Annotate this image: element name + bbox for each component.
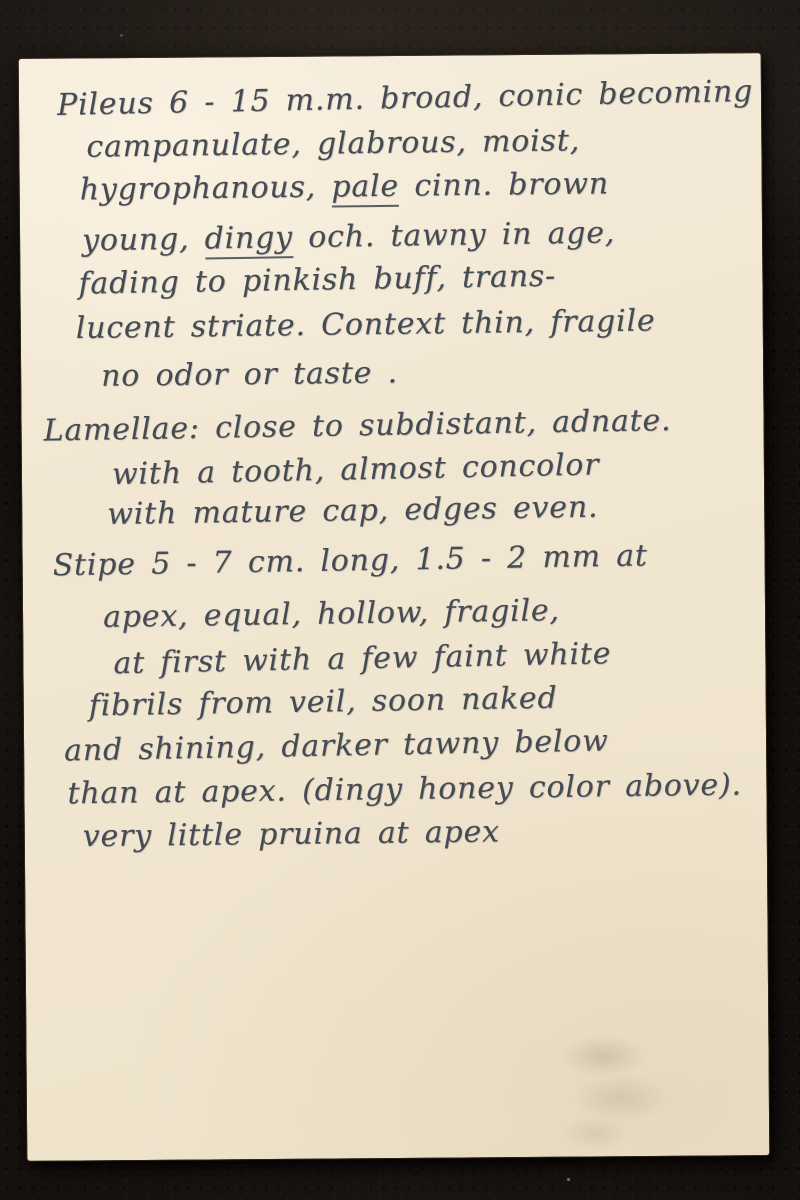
handwriting-line: no odor or taste . <box>101 355 398 393</box>
handwriting-text: no odor or taste . <box>101 355 398 393</box>
handwriting-text: campanulate, glabrous, moist, <box>86 123 580 164</box>
dust-speck <box>120 34 123 37</box>
handwriting-text: fibrils from veil, soon naked <box>88 681 557 724</box>
handwriting-text: and shining, darker tawny below <box>64 723 609 768</box>
handwriting-lines: Pileus 6 - 15 m.m. broad, conic becoming… <box>19 53 770 1161</box>
handwriting-line: Stipe 5 - 7 cm. long, 1.5 - 2 mm at <box>52 538 648 583</box>
handwriting-text: with a tooth, almost concolor <box>112 447 600 492</box>
handwriting-line: hygrophanous, pale cinn. brown <box>80 166 610 207</box>
handwriting-line: at first with a few faint white <box>113 636 611 681</box>
handwriting-line: with mature cap, edges even. <box>107 490 599 532</box>
handwriting-text: with mature cap, edges even. <box>107 490 599 532</box>
handwriting-text: at first with a few faint white <box>113 636 611 681</box>
handwriting-text: lucent striate. Context thin, fragile <box>76 303 656 346</box>
handwriting-text: apex, equal, hollow, fragile, <box>103 593 560 635</box>
dust-speck <box>567 1178 570 1181</box>
handwriting-line: campanulate, glabrous, moist, <box>86 123 580 164</box>
underlined-word: dingy <box>204 220 293 259</box>
handwriting-line: Pileus 6 - 15 m.m. broad, conic becoming <box>57 74 754 123</box>
handwriting-text: fading to pinkish buff, trans- <box>78 259 556 302</box>
index-card: Pileus 6 - 15 m.m. broad, conic becoming… <box>19 53 770 1161</box>
handwriting-text: Lamellae: close to subdistant, adnate. <box>43 403 671 448</box>
handwriting-line: and shining, darker tawny below <box>64 723 609 768</box>
handwriting-text: than at apex. (dingy honey color above). <box>67 768 742 812</box>
handwriting-text: cinn. brown <box>399 166 609 203</box>
handwriting-line: fibrils from veil, soon naked <box>88 681 557 724</box>
handwriting-line: lucent striate. Context thin, fragile <box>76 303 656 346</box>
handwriting-text: very little pruina at apex <box>83 814 500 854</box>
felt-background: Pileus 6 - 15 m.m. broad, conic becoming… <box>0 0 800 1200</box>
handwriting-text: hygrophanous, <box>80 170 332 208</box>
handwriting-line: young, dingy och. tawny in age, <box>82 215 616 258</box>
handwriting-line: Lamellae: close to subdistant, adnate. <box>43 403 671 448</box>
handwriting-line: very little pruina at apex <box>83 814 500 854</box>
handwriting-text: young, <box>82 221 205 258</box>
handwriting-line: with a tooth, almost concolor <box>112 447 600 492</box>
handwriting-line: fading to pinkish buff, trans- <box>78 259 556 302</box>
handwriting-text: och. tawny in age, <box>293 215 616 255</box>
underlined-word: pale <box>331 169 399 208</box>
handwriting-text: Pileus 6 - 15 m.m. broad, conic becoming <box>57 74 754 123</box>
handwriting-line: apex, equal, hollow, fragile, <box>103 593 560 635</box>
handwriting-line: than at apex. (dingy honey color above). <box>67 768 742 812</box>
handwriting-text: Stipe 5 - 7 cm. long, 1.5 - 2 mm at <box>52 538 648 583</box>
